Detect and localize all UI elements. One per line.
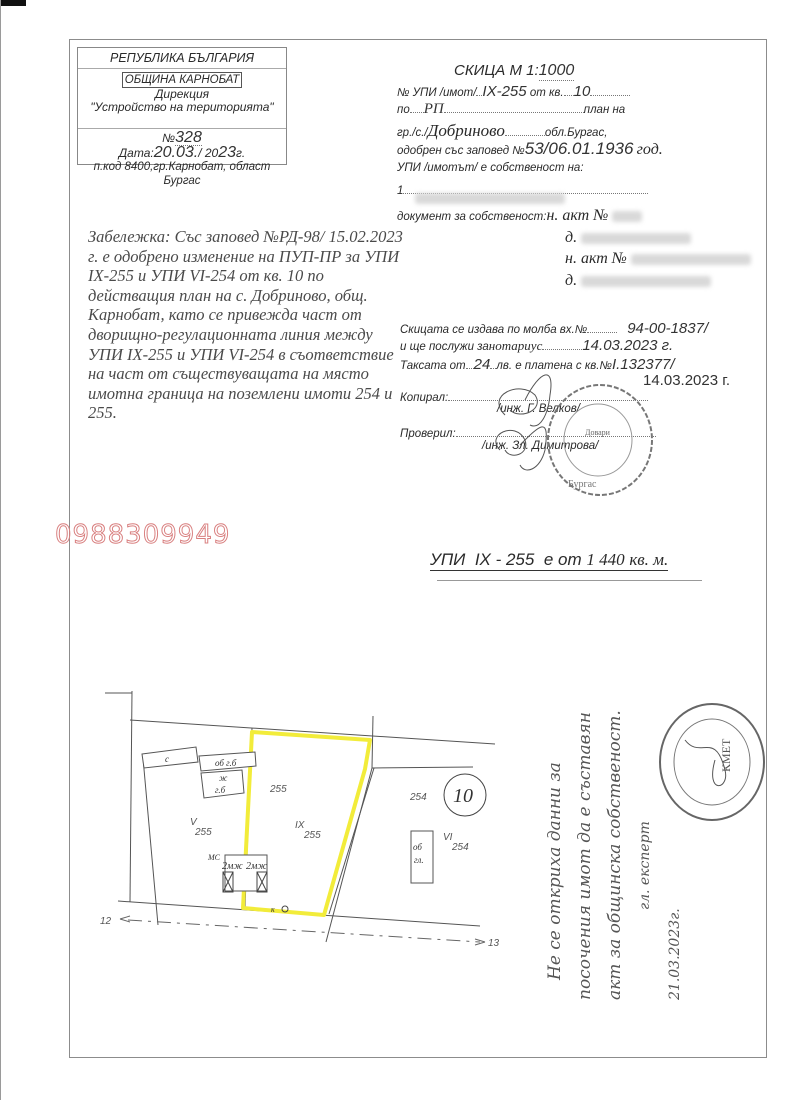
signature-stamp-cluster: Довари Бургас bbox=[480, 355, 660, 500]
number-label: № bbox=[162, 131, 175, 145]
svg-text:к: к bbox=[271, 905, 275, 914]
owner-label: УПИ /имотът/ е собственост на: bbox=[397, 162, 584, 174]
scan-corner-mark bbox=[0, 0, 26, 6]
svg-text:г.б: г.б bbox=[215, 785, 226, 795]
svg-text:об г.б: об г.б bbox=[215, 758, 237, 768]
doc1-date: д. bbox=[565, 229, 691, 247]
scan-edge bbox=[0, 0, 1, 1100]
request-number: 94-00-1837/ bbox=[627, 320, 708, 337]
svg-text:255: 255 bbox=[194, 827, 212, 838]
area-statement: УПИ IX - 255 е от 1 440 кв. м. bbox=[430, 550, 668, 570]
svg-text:МС: МС bbox=[207, 853, 221, 862]
date-label: Дата: bbox=[119, 146, 154, 160]
doc2-act: н. акт № bbox=[565, 250, 751, 268]
svg-text:2мж: 2мж bbox=[246, 861, 267, 872]
owner-line: 1 bbox=[397, 185, 648, 197]
svg-text:2мж: 2мж bbox=[222, 861, 243, 872]
settlement-value: Добриново bbox=[428, 121, 505, 140]
svg-text:255: 255 bbox=[303, 830, 321, 841]
year-suffix: г. bbox=[236, 146, 245, 160]
municipality-name: ОБЩИНА КАРНОБАТ bbox=[122, 72, 242, 88]
country-name: РЕПУБЛИКА БЪЛГАРИЯ bbox=[78, 48, 286, 69]
order-line: одобрен със заповед №53/06.01.1936 год. bbox=[397, 139, 663, 159]
svg-text:254: 254 bbox=[409, 792, 427, 803]
upi-value: IX-255 bbox=[482, 83, 526, 100]
year-value: 23 bbox=[218, 144, 236, 161]
clerk-stamp-text: Довари bbox=[585, 428, 611, 437]
issuer-header-box: РЕПУБЛИКА БЪЛГАРИЯ ОБЩИНА КАРНОБАТ Дирек… bbox=[77, 47, 287, 165]
sketch-title: СКИЦА М 1:1000 bbox=[454, 62, 574, 81]
svg-text:ж: ж bbox=[219, 773, 228, 783]
mayor-seal: КМЕТ bbox=[655, 700, 770, 825]
ownership-doc-line: документ за собственост:н. акт № bbox=[397, 207, 642, 225]
purpose-value: нотариус bbox=[489, 338, 543, 353]
area-statement-rule bbox=[437, 580, 702, 581]
settlement-line: гр./с./Добриновообл.Бургас, bbox=[397, 121, 607, 141]
directorate-line2: "Устройство на територията" bbox=[78, 101, 286, 114]
plan-value: РП bbox=[424, 101, 444, 117]
svg-text:Бургас: Бургас bbox=[568, 479, 597, 490]
cadastral-map: 12 13 с об г.б ж г.б об гл. МС 2мж 2мж к… bbox=[80, 680, 500, 950]
block-number: 10 bbox=[453, 785, 473, 807]
svg-text:255: 255 bbox=[269, 784, 287, 795]
svg-text:254: 254 bbox=[451, 842, 469, 853]
issuer-address: п.код 8400,гр.Карнобат, област Бургас bbox=[78, 160, 286, 188]
sketch-scale: 1000 bbox=[539, 62, 575, 81]
request-line: Скицата се издава по молба вх.№94-00-183… bbox=[400, 320, 708, 337]
svg-text:12: 12 bbox=[100, 916, 112, 927]
year-prefix: / 20 bbox=[198, 146, 218, 160]
purpose-line: и ще послужи занотариус14.03.2023 г. bbox=[400, 337, 673, 354]
doc2-date: д. bbox=[565, 272, 711, 290]
svg-text:13: 13 bbox=[488, 938, 500, 949]
amendment-note: Забележка: Със заповед №РД-98/ 15.02.202… bbox=[88, 227, 408, 423]
order-value: 53/06.01.1936 bbox=[525, 139, 634, 158]
svg-text:гл.: гл. bbox=[414, 855, 424, 865]
svg-text:с: с bbox=[165, 754, 169, 764]
phone-watermark: 0988309949 bbox=[55, 520, 230, 550]
date-value: 20.03. bbox=[154, 144, 198, 161]
svg-text:об: об bbox=[413, 842, 422, 852]
upi-line: № УПИ /имот/IX-255 от кв.10 bbox=[397, 83, 630, 100]
block-value: 10 bbox=[574, 83, 591, 100]
mayor-seal-center: КМЕТ bbox=[719, 738, 733, 772]
request-date: 14.03.2023 г. bbox=[582, 337, 673, 354]
plan-line: поРПплан на bbox=[397, 101, 625, 118]
